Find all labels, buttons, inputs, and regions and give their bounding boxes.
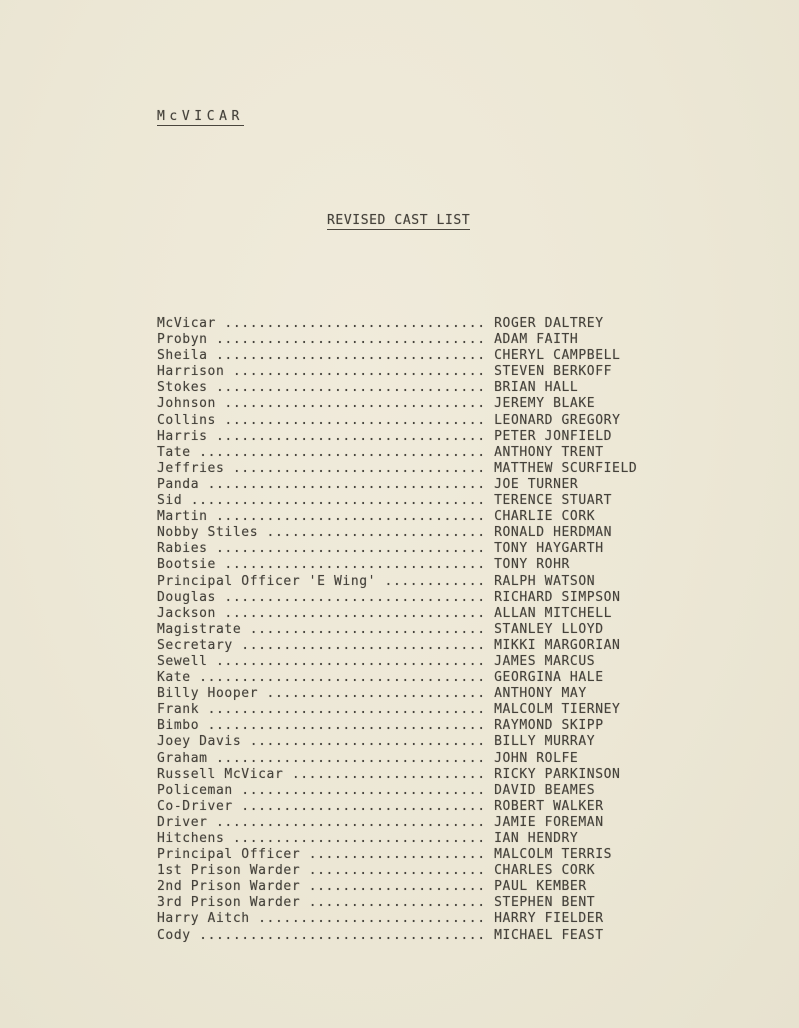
actor-name: CHARLIE CORK	[494, 509, 595, 524]
dot-leader: ..............................	[224, 831, 494, 846]
dot-leader: ..............................	[224, 364, 494, 379]
cast-row: Rabies ................................ …	[157, 541, 637, 557]
cast-row: 3rd Prison Warder ..................... …	[157, 895, 637, 911]
cast-row: Sid ................................... …	[157, 493, 637, 509]
cast-row: Policeman ............................. …	[157, 783, 637, 799]
dot-leader: ..................................	[191, 928, 494, 943]
dot-leader: ..........................	[258, 686, 494, 701]
cast-row: Principal Officer ..................... …	[157, 847, 637, 863]
cast-row: Bootsie ............................... …	[157, 557, 637, 573]
character-name: Graham	[157, 751, 208, 766]
actor-name: RALPH WATSON	[494, 574, 595, 589]
character-name: Sheila	[157, 348, 208, 363]
character-name: 1st Prison Warder	[157, 863, 300, 878]
cast-row: Kate .................................. …	[157, 670, 637, 686]
actor-name: LEONARD GREGORY	[494, 413, 620, 428]
character-name: Kate	[157, 670, 191, 685]
cast-row: Douglas ............................... …	[157, 590, 637, 606]
dot-leader: .............................	[233, 783, 494, 798]
character-name: Hitchens	[157, 831, 224, 846]
cast-row: Russell McVicar ....................... …	[157, 767, 637, 783]
actor-name: BRIAN HALL	[494, 380, 578, 395]
character-name: Cody	[157, 928, 191, 943]
actor-name: RONALD HERDMAN	[494, 525, 612, 540]
cast-row: Co-Driver ............................. …	[157, 799, 637, 815]
dot-leader: .................................	[199, 718, 494, 733]
character-name: Russell McVicar	[157, 767, 283, 782]
character-name: Secretary	[157, 638, 233, 653]
character-name: Jackson	[157, 606, 216, 621]
cast-row: Nobby Stiles .......................... …	[157, 525, 637, 541]
actor-name: PAUL KEMBER	[494, 879, 587, 894]
actor-name: RAYMOND SKIPP	[494, 718, 604, 733]
character-name: Tate	[157, 445, 191, 460]
actor-name: STEVEN BERKOFF	[494, 364, 612, 379]
actor-name: JEREMY BLAKE	[494, 396, 595, 411]
dot-leader: ................................	[208, 509, 495, 524]
cast-row: Probyn ................................ …	[157, 332, 637, 348]
actor-name: CHARLES CORK	[494, 863, 595, 878]
character-name: Johnson	[157, 396, 216, 411]
cast-row: Jackson ............................... …	[157, 606, 637, 622]
actor-name: JOE TURNER	[494, 477, 578, 492]
character-name: Co-Driver	[157, 799, 233, 814]
dot-leader: ................................	[208, 348, 495, 363]
cast-row: Harrison .............................. …	[157, 364, 637, 380]
actor-name: ADAM FAITH	[494, 332, 578, 347]
dot-leader: .....................	[300, 863, 494, 878]
dot-leader: ............................	[241, 734, 494, 749]
cast-row: Panda ................................. …	[157, 477, 637, 493]
cast-row: Harry Aitch ........................... …	[157, 911, 637, 927]
character-name: Harrison	[157, 364, 224, 379]
dot-leader: .................................	[199, 702, 494, 717]
actor-name: JAMES MARCUS	[494, 654, 595, 669]
cast-row: 1st Prison Warder ..................... …	[157, 863, 637, 879]
character-name: McVicar	[157, 316, 216, 331]
actor-name: HARRY FIELDER	[494, 911, 604, 926]
character-name: Billy Hooper	[157, 686, 258, 701]
actor-name: MIKKI MARGORIAN	[494, 638, 620, 653]
actor-name: RICKY PARKINSON	[494, 767, 620, 782]
character-name: Martin	[157, 509, 208, 524]
cast-row: 2nd Prison Warder ..................... …	[157, 879, 637, 895]
actor-name: CHERYL CAMPBELL	[494, 348, 620, 363]
cast-row: Jeffries .............................. …	[157, 461, 637, 477]
actor-name: MALCOLM TIERNEY	[494, 702, 620, 717]
production-title: McVICAR	[157, 109, 244, 126]
character-name: Jeffries	[157, 461, 224, 476]
cast-row: Tate .................................. …	[157, 445, 637, 461]
dot-leader: .......................	[283, 767, 494, 782]
dot-leader: ................................	[208, 380, 495, 395]
character-name: Rabies	[157, 541, 208, 556]
dot-leader: .....................	[300, 895, 494, 910]
character-name: 2nd Prison Warder	[157, 879, 300, 894]
actor-name: ALLAN MITCHELL	[494, 606, 612, 621]
dot-leader: ................................	[208, 429, 495, 444]
cast-row: Joey Davis ............................ …	[157, 734, 637, 750]
dot-leader: .............................	[233, 638, 494, 653]
cast-row: Sheila ................................ …	[157, 348, 637, 364]
dot-leader: .....................	[300, 847, 494, 862]
actor-name: ANTHONY MAY	[494, 686, 587, 701]
cast-row: Sewell ................................ …	[157, 654, 637, 670]
cast-row: Billy Hooper .......................... …	[157, 686, 637, 702]
actor-name: RICHARD SIMPSON	[494, 590, 620, 605]
cast-row: Bimbo ................................. …	[157, 718, 637, 734]
dot-leader: ...............................	[216, 557, 494, 572]
dot-leader: ............	[376, 574, 494, 589]
actor-name: MATTHEW SCURFIELD	[494, 461, 637, 476]
cast-row: Secretary ............................. …	[157, 638, 637, 654]
actor-name: TONY HAYGARTH	[494, 541, 604, 556]
dot-leader: .................................	[199, 477, 494, 492]
actor-name: GEORGINA HALE	[494, 670, 604, 685]
dot-leader: ...............................	[216, 413, 494, 428]
dot-leader: ..................................	[191, 670, 494, 685]
actor-name: TONY ROHR	[494, 557, 570, 572]
dot-leader: ...........................	[250, 911, 494, 926]
actor-name: BILLY MURRAY	[494, 734, 595, 749]
dot-leader: ................................	[208, 541, 495, 556]
cast-row: Graham ................................ …	[157, 751, 637, 767]
actor-name: JAMIE FOREMAN	[494, 815, 604, 830]
dot-leader: ...............................	[216, 590, 494, 605]
actor-name: IAN HENDRY	[494, 831, 578, 846]
cast-row: Johnson ............................... …	[157, 396, 637, 412]
dot-leader: ................................	[208, 815, 495, 830]
character-name: 3rd Prison Warder	[157, 895, 300, 910]
cast-row: Collins ............................... …	[157, 413, 637, 429]
dot-leader: ...............................	[216, 606, 494, 621]
cast-row: Driver ................................ …	[157, 815, 637, 831]
character-name: Stokes	[157, 380, 208, 395]
actor-name: TERENCE STUART	[494, 493, 612, 508]
character-name: Bimbo	[157, 718, 199, 733]
character-name: Principal Officer 'E Wing'	[157, 574, 376, 589]
cast-row: Stokes ................................ …	[157, 380, 637, 396]
actor-name: ANTHONY TRENT	[494, 445, 604, 460]
character-name: Joey Davis	[157, 734, 241, 749]
cast-row: Principal Officer 'E Wing' ............ …	[157, 574, 637, 590]
cast-row: Martin ................................ …	[157, 509, 637, 525]
dot-leader: ..............................	[224, 461, 494, 476]
cast-row: McVicar ............................... …	[157, 316, 637, 332]
character-name: Harry Aitch	[157, 911, 250, 926]
actor-name: ROGER DALTREY	[494, 316, 604, 331]
dot-leader: ...................................	[182, 493, 494, 508]
dot-leader: ...............................	[216, 396, 494, 411]
cast-row: Frank ................................. …	[157, 702, 637, 718]
actor-name: PETER JONFIELD	[494, 429, 612, 444]
cast-row: Hitchens .............................. …	[157, 831, 637, 847]
character-name: Harris	[157, 429, 208, 444]
actor-name: ROBERT WALKER	[494, 799, 604, 814]
character-name: Nobby Stiles	[157, 525, 258, 540]
dot-leader: ...............................	[216, 316, 494, 331]
character-name: Probyn	[157, 332, 208, 347]
character-name: Sewell	[157, 654, 208, 669]
actor-name: STANLEY LLOYD	[494, 622, 604, 637]
dot-leader: ..................................	[191, 445, 494, 460]
character-name: Magistrate	[157, 622, 241, 637]
character-name: Sid	[157, 493, 182, 508]
character-name: Policeman	[157, 783, 233, 798]
dot-leader: ..........................	[258, 525, 494, 540]
character-name: Bootsie	[157, 557, 216, 572]
character-name: Principal Officer	[157, 847, 300, 862]
dot-leader: ................................	[208, 332, 495, 347]
dot-leader: .....................	[300, 879, 494, 894]
actor-name: MICHAEL FEAST	[494, 928, 604, 943]
actor-name: STEPHEN BENT	[494, 895, 595, 910]
actor-name: JOHN ROLFE	[494, 751, 578, 766]
cast-row: Magistrate ............................ …	[157, 622, 637, 638]
dot-leader: ................................	[208, 751, 495, 766]
document-page: McVICAR REVISED CAST LIST McVicar ......…	[0, 0, 799, 1028]
cast-list: McVicar ............................... …	[157, 316, 637, 944]
actor-name: MALCOLM TERRIS	[494, 847, 612, 862]
character-name: Douglas	[157, 590, 216, 605]
cast-row: Cody .................................. …	[157, 928, 637, 944]
dot-leader: ................................	[208, 654, 495, 669]
character-name: Frank	[157, 702, 199, 717]
character-name: Driver	[157, 815, 208, 830]
cast-row: Harris ................................ …	[157, 429, 637, 445]
character-name: Panda	[157, 477, 199, 492]
actor-name: DAVID BEAMES	[494, 783, 595, 798]
dot-leader: .............................	[233, 799, 494, 814]
cast-list-heading: REVISED CAST LIST	[327, 213, 470, 230]
dot-leader: ............................	[241, 622, 494, 637]
character-name: Collins	[157, 413, 216, 428]
